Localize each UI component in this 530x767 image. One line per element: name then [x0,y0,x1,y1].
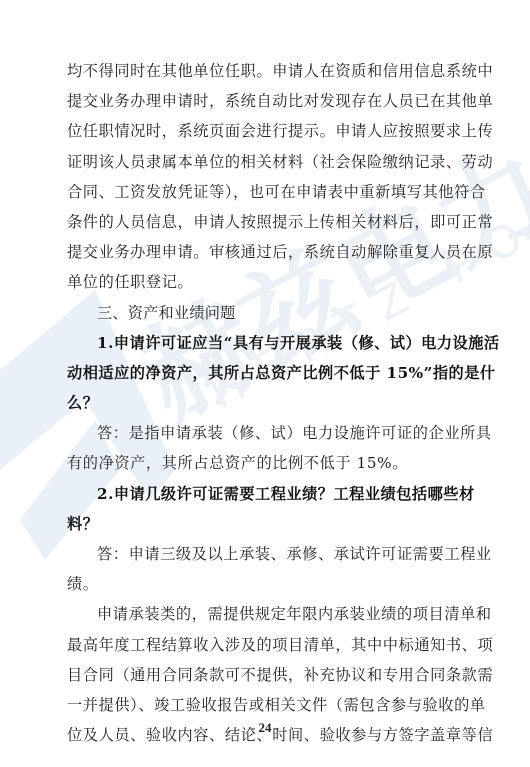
question-line: 么？ [67,388,465,418]
page-number: - 24 - [0,720,530,736]
body-text-line: 提交业务办理申请时，系统自动比对发现存在人员已在其他单 [67,86,465,116]
body-text-line: 证明该人员隶属本单位的相关材料（社会保险缴纳记录、劳动 [67,147,465,177]
document-page: 均不得同时在其他单位任职。申请人在资质和信用信息系统中提交业务办理申请时，系统自… [67,56,465,750]
body-text-line: 绩。 [67,569,465,599]
body-text-line: 最高年度工程结算收入涉及的项目清单，其中中标通知书、项 [67,630,465,660]
body-text-line: 目合同（通用合同条款可不提供，补充协议和专用合同条款需 [67,660,465,690]
question-line: 动相适应的净资产，其所占总资产比例不低于 15%”指的是什 [67,358,465,388]
body-text-line: 条件的人员信息，申请人按照提示上传相关材料后，即可正常 [67,207,465,237]
body-text-line: 一并提供）、竣工验收报告或相关文件（需包含参与验收的单 [67,690,465,720]
body-text-line: 均不得同时在其他单位任职。申请人在资质和信用信息系统中 [67,56,465,86]
body-text-line: 合同、工资发放凭证等），也可在申请表中重新填写其他符合 [67,177,465,207]
question-line: 1.申请许可证应当“具有与开展承装（修、试）电力设施活 [67,328,465,358]
answer-line: 答：是指申请承装（修、试）电力设施许可证的企业所具 [67,418,465,448]
body-text-line: 有的净资产，其所占总资产的比例不低于 15%。 [67,448,465,478]
body-text-line: 位任职情况时，系统页面会进行提示。申请人应按照要求上传 [67,116,465,146]
answer-line: 答：申请三级及以上承装、承修、承试许可证需要工程业 [67,539,465,569]
question-line: 2.申请几级许可证需要工程业绩？工程业绩包括哪些材 [67,479,465,509]
answer-line: 申请承装类的，需提供规定年限内承装业绩的项目清单和 [67,599,465,629]
body-text-line: 单位的任职登记。 [67,267,465,297]
question-line: 料？ [67,509,465,539]
section-heading: 三、资产和业绩问题 [67,298,465,328]
body-text-line: 提交业务办理申请。审核通过后，系统自动解除重复人员在原 [67,237,465,267]
